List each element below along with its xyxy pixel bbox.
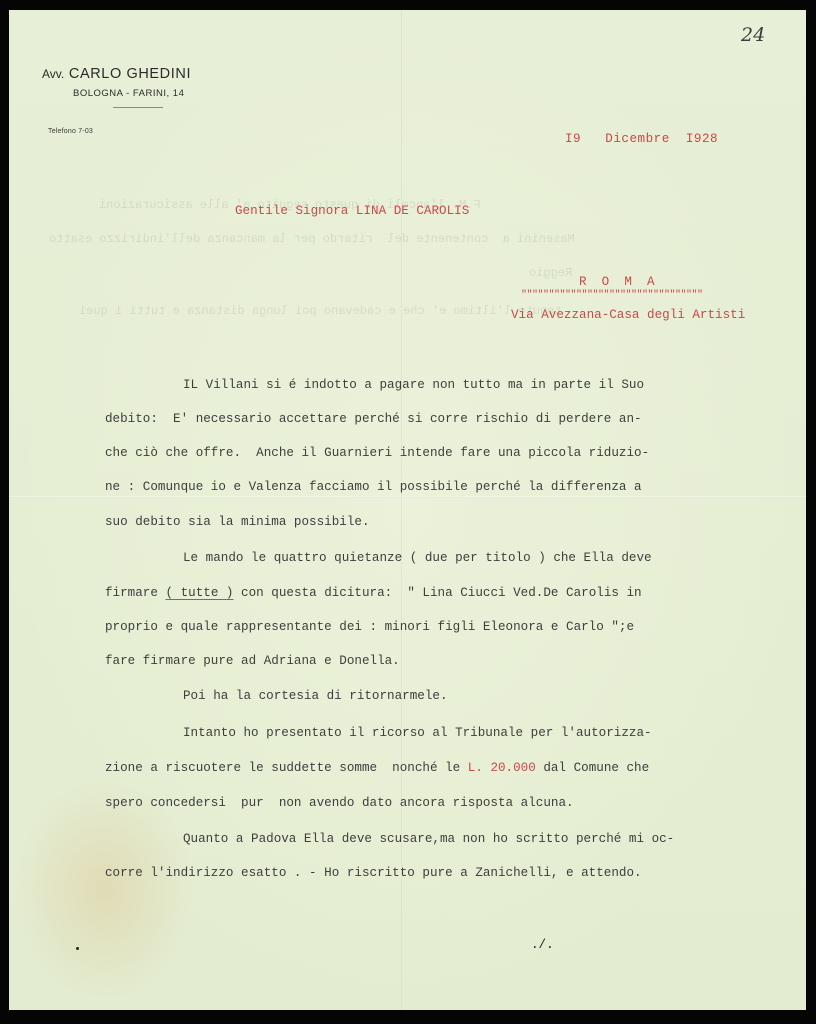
letterhead-title: Avv. (42, 67, 64, 81)
letter-page: F.M. l'ancoli di questo seguito a' alle … (9, 10, 806, 1010)
bleed-through-text: Reggio (529, 266, 572, 280)
letterhead-phone: Telefono 7-03 (48, 128, 93, 135)
body-line: Poi ha la cortesia di ritornarmele. (183, 689, 448, 703)
body-line: suo debito sia la minima possibile. (105, 515, 370, 529)
continuation-mark: ./. (531, 938, 554, 952)
body-line: spero concedersi pur non avendo dato anc… (105, 796, 574, 810)
body-line: ne : Comunque io e Valenza facciamo il p… (105, 480, 642, 494)
bleed-through-text: Masenini a contenente del ritardo per la… (49, 232, 575, 246)
body-text: firmare (105, 586, 165, 600)
ink-dot (76, 947, 79, 950)
horizontal-fold-line (9, 496, 806, 498)
body-line: debito: E' necessario accettare perché s… (105, 412, 642, 426)
letter-date: I9 Dicembre I928 (565, 132, 718, 146)
letterhead-address: BOLOGNA - FARINI, 14 (73, 88, 191, 99)
body-text: con questa dicitura: " Lina Ciucci Ved.D… (234, 586, 642, 600)
body-line: corre l'indirizzo esatto . - Ho riscritt… (105, 866, 642, 880)
bleed-through-text: tenuto l'iltimo e' che e cadevano poi lu… (79, 304, 561, 318)
body-line: firmare ( tutte ) con questa dicitura: "… (105, 586, 642, 600)
body-line: Quanto a Padova Ella deve scusare,ma non… (183, 832, 674, 846)
amount-highlight: L. 20.000 (468, 761, 536, 775)
vertical-fold-line (401, 10, 402, 1010)
letterhead-name: CARLO GHEDINI (69, 66, 191, 82)
recipient-city-underline: """"""""""""""""""""""""""""""""" (521, 290, 703, 301)
underlined-emphasis: ( tutte ) (165, 586, 233, 600)
body-line: Le mando le quattro quietanze ( due per … (183, 551, 652, 565)
body-line: zione a riscuotere le suddette somme non… (105, 761, 649, 775)
body-line: proprio e quale rappresentante dei : min… (105, 620, 634, 634)
letterhead: Avv. CARLO GHEDINI BOLOGNA - FARINI, 14 (42, 66, 191, 108)
body-line: che ciò che offre. Anche il Guarnieri in… (105, 446, 649, 460)
recipient-city: R O M A (579, 275, 655, 289)
recipient-salutation: Gentile Signora LINA DE CAROLIS (235, 204, 469, 218)
body-line: IL Villani si é indotto a pagare non tut… (183, 378, 644, 392)
body-line: Intanto ho presentato il ricorso al Trib… (183, 726, 652, 740)
body-text: dal Comune che (536, 761, 649, 775)
body-text: zione a riscuotere le suddette somme non… (105, 761, 468, 775)
letterhead-divider (113, 107, 163, 108)
recipient-street: Via Avezzana-Casa degli Artisti (511, 308, 745, 322)
letterhead-name-line: Avv. CARLO GHEDINI (42, 66, 191, 82)
body-line: fare firmare pure ad Adriana e Donella. (105, 654, 400, 668)
archive-page-number: 24 (741, 24, 765, 46)
